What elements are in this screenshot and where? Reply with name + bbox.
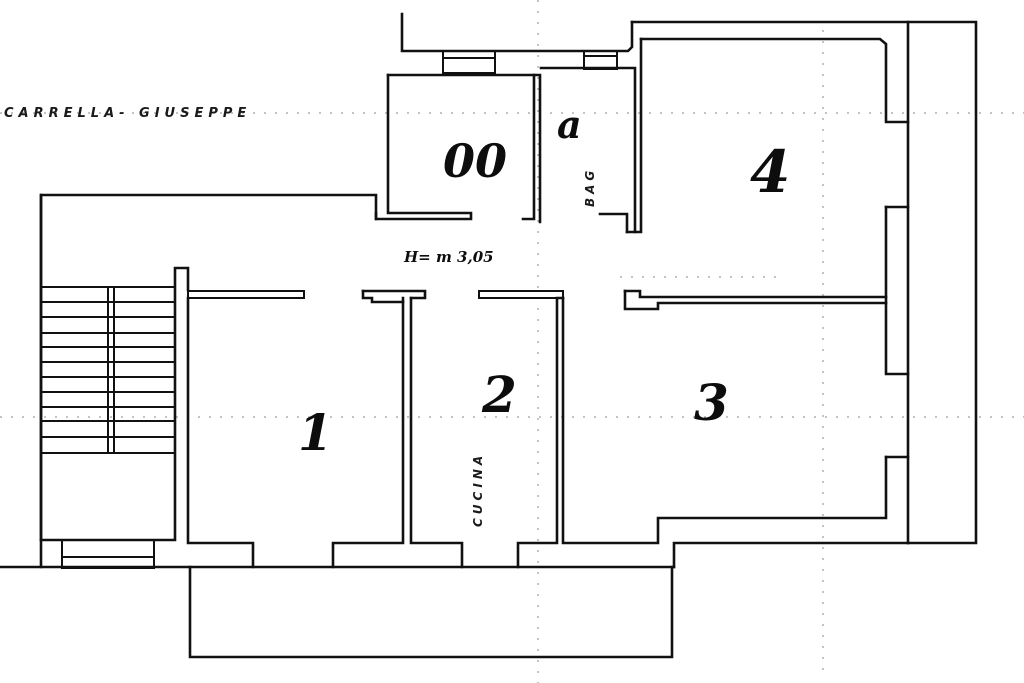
room-bath-number: a <box>557 102 582 147</box>
floor-plan: CARRELLA- GIUSEPPE 00 a BAG H= m 3,05 4 … <box>0 0 1024 683</box>
room-4-walls <box>632 22 976 543</box>
corridor-walls <box>188 291 886 309</box>
owner-label: CARRELLA- GIUSEPPE <box>4 106 251 121</box>
upper-annex-walls <box>402 14 632 73</box>
stairwell <box>41 195 376 568</box>
room-3-walls <box>674 543 908 567</box>
room-4-number: 4 <box>750 138 790 206</box>
guide-lines <box>0 0 1024 683</box>
room-bath-label: BAG <box>583 167 597 207</box>
room-wc-number: 00 <box>443 134 507 188</box>
stair-treads <box>41 287 175 453</box>
room-kitchen-walls <box>518 298 886 567</box>
room-3-number: 3 <box>694 373 729 432</box>
room-1-number: 1 <box>298 403 333 462</box>
room-kitchen-number: 2 <box>481 365 517 424</box>
facade-and-balcony <box>0 567 674 657</box>
ceiling-height-note: H= m 3,05 <box>403 248 494 266</box>
room-kitchen-label: CUCINA <box>471 452 485 527</box>
